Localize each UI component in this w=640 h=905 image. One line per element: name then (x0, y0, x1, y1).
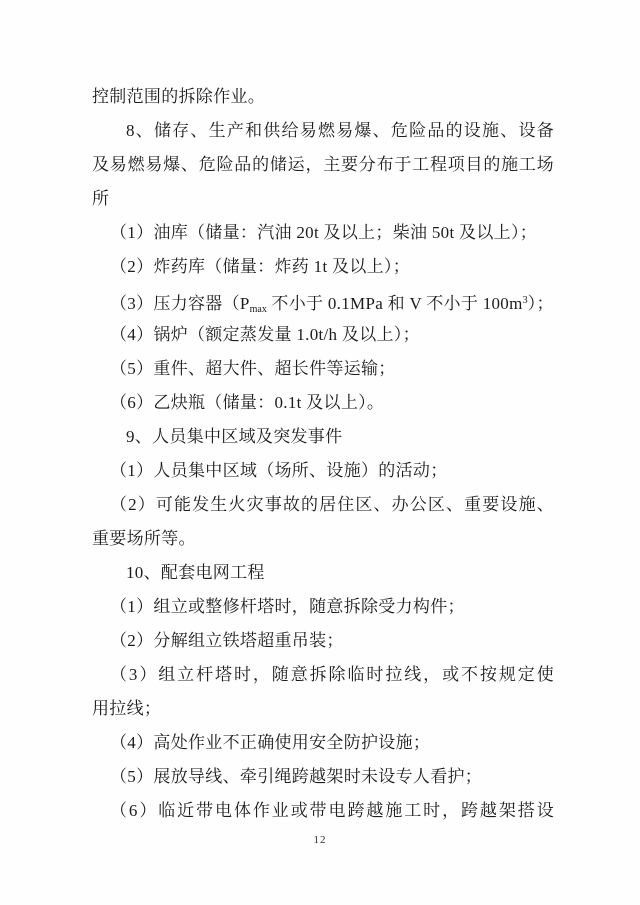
text-segment: （3）压力容器（P (110, 294, 250, 313)
text-line: （2）分解组立铁塔超重吊装； (92, 624, 554, 658)
text-segment: 8、储存、生产和供给易燃易爆、危险品的设施、设备 (126, 121, 554, 140)
text-line: （2）可能发生火灾事故的居住区、办公区、重要设施、 (92, 488, 554, 522)
text-line: 控制范围的拆除作业。 (92, 80, 554, 114)
text-segment: （5）展放导线、牵引绳跨越架时未设专人看护； (110, 767, 482, 786)
page-body-text: 控制范围的拆除作业。8、储存、生产和供给易燃易爆、危险品的设施、设备及易燃易爆、… (92, 80, 554, 828)
text-line: 所 (92, 182, 554, 216)
text-segment: 用拉线； (92, 699, 161, 718)
text-segment: （6）临近带电体作业或带电跨越施工时，跨越架搭设 (110, 801, 554, 820)
text-segment: 10、配套电网工程 (126, 563, 265, 582)
text-segment: （1）组立或整修杆塔时，随意拆除受力构件； (110, 597, 465, 616)
text-line: （1）人员集中区域（场所、设施）的活动； (92, 454, 554, 488)
text-segment: （1）油库（储量：汽油 20t 及以上；柴油 50t 及以上）； (110, 223, 537, 242)
text-line: 重要场所等。 (92, 522, 554, 556)
text-line: （1）油库（储量：汽油 20t 及以上；柴油 50t 及以上）； (92, 216, 554, 250)
text-segment: 不小于 0.1MPa 和 V 不小于 100m (267, 294, 523, 313)
text-segment: （3）组立杆塔时，随意拆除临时拉线，或不按规定使 (110, 665, 554, 684)
text-line: 及易燃易爆、危险品的储运，主要分布于工程项目的施工场 (92, 148, 554, 182)
text-line: 8、储存、生产和供给易燃易爆、危险品的设施、设备 (92, 114, 554, 148)
text-line: （5）展放导线、牵引绳跨越架时未设专人看护； (92, 760, 554, 794)
document-page: 控制范围的拆除作业。8、储存、生产和供给易燃易爆、危险品的设施、设备及易燃易爆、… (0, 0, 640, 905)
text-segment: （2）分解组立铁塔超重吊装； (110, 631, 344, 650)
subscript-text: max (250, 304, 267, 315)
text-line: 9、人员集中区域及突发事件 (92, 420, 554, 454)
page-number: 12 (0, 834, 640, 846)
text-segment: 重要场所等。 (92, 529, 196, 548)
text-segment: 控制范围的拆除作业。 (92, 87, 265, 106)
text-segment: 所 (92, 189, 109, 208)
text-segment: （4）锅炉（额定蒸发量 1.0t/h 及以上）； (110, 325, 420, 344)
text-segment: （5）重件、超大件、超长件等运输； (110, 359, 396, 378)
text-segment: 及易燃易爆、危险品的储运，主要分布于工程项目的施工场 (92, 155, 554, 174)
text-segment: （6）乙炔瓶（储量：0.1t 及以上）。 (110, 393, 384, 412)
text-line: （3）压力容器（Pmax 不小于 0.1MPa 和 V 不小于 100m3）； (92, 284, 554, 318)
text-line: （1）组立或整修杆塔时，随意拆除受力构件； (92, 590, 554, 624)
text-line: （5）重件、超大件、超长件等运输； (92, 352, 554, 386)
text-line: 用拉线； (92, 692, 554, 726)
text-line: （6）乙炔瓶（储量：0.1t 及以上）。 (92, 386, 554, 420)
text-segment: 9、人员集中区域及突发事件 (126, 427, 342, 446)
text-segment: （4）高处作业不正确使用安全防护设施； (110, 733, 430, 752)
text-segment: （2）炸药库（储量：炸药 1t 及以上）； (110, 257, 410, 276)
text-segment: （2）可能发生火灾事故的居住区、办公区、重要设施、 (110, 495, 554, 514)
text-line: 10、配套电网工程 (92, 556, 554, 590)
text-line: （3）组立杆塔时，随意拆除临时拉线，或不按规定使 (92, 658, 554, 692)
text-segment: ）； (528, 294, 554, 313)
text-line: （6）临近带电体作业或带电跨越施工时，跨越架搭设 (92, 794, 554, 828)
text-line: （4）锅炉（额定蒸发量 1.0t/h 及以上）； (92, 318, 554, 352)
text-line: （2）炸药库（储量：炸药 1t 及以上）； (92, 250, 554, 284)
text-line: （4）高处作业不正确使用安全防护设施； (92, 726, 554, 760)
text-segment: （1）人员集中区域（场所、设施）的活动； (110, 461, 448, 480)
